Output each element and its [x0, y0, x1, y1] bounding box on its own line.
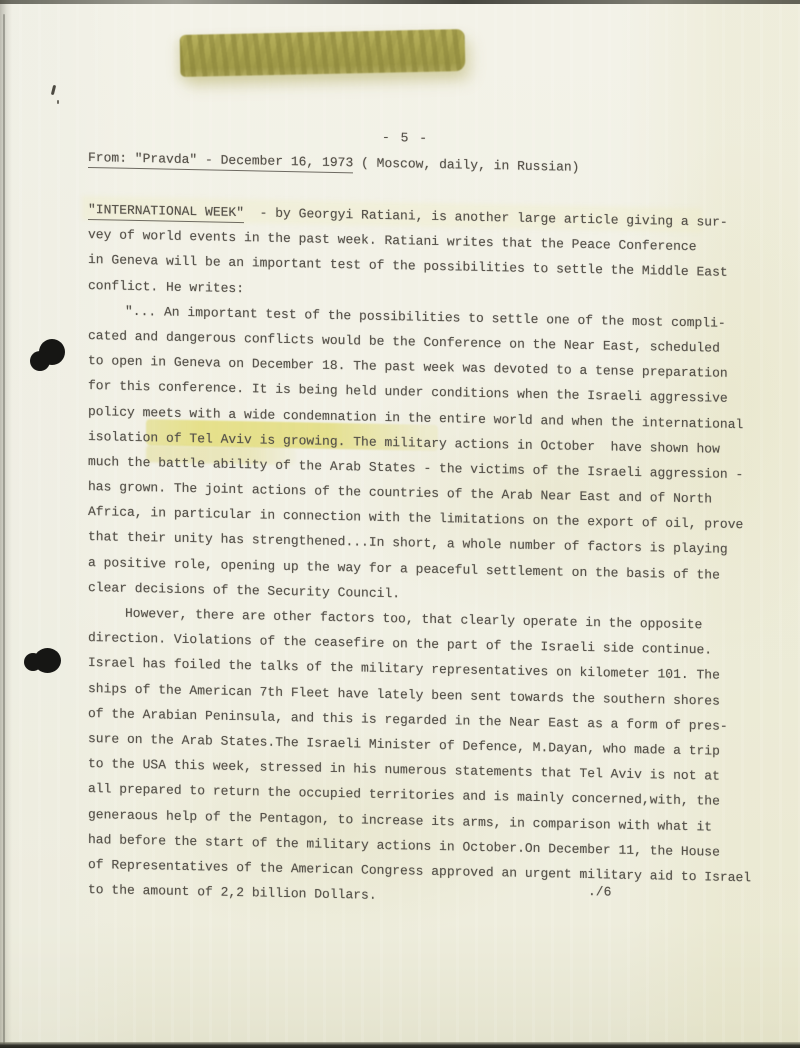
ink-blob: [24, 653, 42, 671]
hole-punch-ink-mark: [30, 339, 66, 373]
source-line-rest: ( Moscow, daily, in Russian): [353, 155, 579, 175]
article-body: "INTERNATIONAL WEEK" - by Georgyi Ratian…: [88, 197, 788, 916]
page-number: - 5 -: [382, 130, 429, 146]
source-line-underlined: From: "Pravda" - December 16, 1973: [88, 150, 353, 173]
ink-blob: [30, 351, 50, 371]
pen-tick-mark: [51, 85, 56, 95]
article-title: "INTERNATIONAL WEEK": [88, 202, 244, 223]
scan-bottom-edge-artifact: [0, 1042, 800, 1048]
pen-dot-mark: [57, 100, 59, 104]
scan-top-edge-artifact: [0, 0, 800, 4]
footer-page-ref: ./6: [588, 884, 611, 899]
hole-punch-ink-mark: [24, 644, 62, 676]
scanned-document-page: - 5 - From: "Pravda" - December 16, 1973…: [0, 0, 800, 1048]
typewritten-text-block: - 5 - From: "Pravda" - December 16, 1973…: [88, 0, 788, 1014]
scan-left-edge-line: [3, 14, 5, 1044]
source-line: From: "Pravda" - December 16, 1973 ( Mos…: [88, 150, 580, 175]
scan-left-edge-shadow: [0, 0, 12, 1048]
